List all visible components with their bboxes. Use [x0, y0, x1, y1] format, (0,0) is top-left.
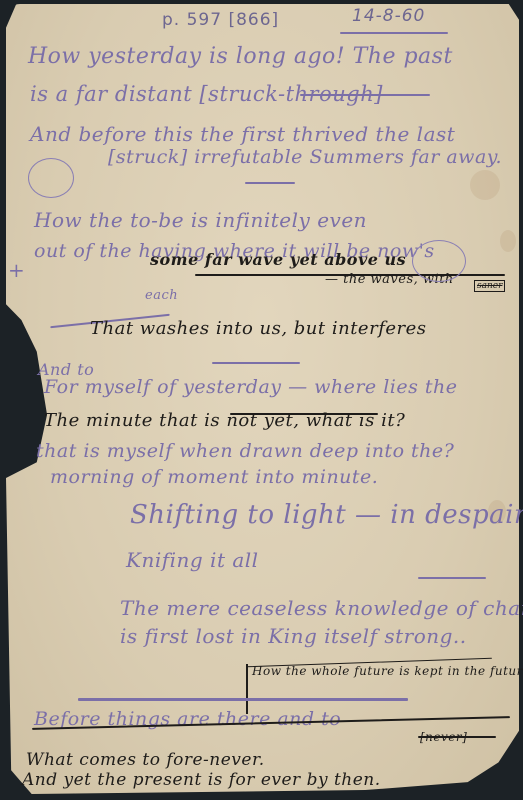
text-line: And yet the present is for ever by then.: [22, 770, 381, 790]
strike-line: [230, 413, 378, 415]
text-line: morning of moment into minute.: [50, 466, 378, 488]
date-underline: [340, 32, 448, 34]
text-line: Knifing it all: [126, 548, 259, 572]
divider-stroke: [78, 698, 408, 701]
text-line: The mere ceaseless knowledge of change: [120, 596, 523, 620]
stain: [470, 170, 500, 200]
text-line-insertion: How the whole future is kept in the futu…: [252, 664, 523, 678]
underline: [418, 577, 486, 579]
text-line: is first lost in King itself strong..: [120, 624, 467, 648]
text-line: [struck] irrefutable Summers far away.: [108, 146, 502, 168]
text-line: What comes to fore-never.: [26, 750, 265, 770]
margin-mark: +: [8, 258, 25, 282]
page-reference: p. 597 [866]: [162, 10, 279, 30]
text-line: How yesterday is long ago! The past: [28, 44, 453, 69]
torn-edge: [0, 320, 16, 470]
text-line: That washes into us, but interferes: [90, 318, 427, 339]
strike-line: [300, 94, 430, 96]
text-line-insertion: some far wave yet above us: [150, 250, 406, 269]
text-line: each: [145, 288, 178, 303]
text-line: For myself of yesterday — where lies the: [44, 376, 458, 398]
manuscript-page: p. 597 [866] 14-8-60 How yesterday is lo…: [0, 0, 523, 800]
text-line: Shifting to light — in despair: [130, 500, 523, 530]
boxed-note: saner: [474, 280, 505, 292]
stain: [500, 230, 516, 252]
strike-line: [418, 736, 496, 738]
text-line: And before this the first thrived the la…: [30, 122, 455, 146]
insertion-bracket: [246, 664, 248, 714]
overline: [212, 362, 300, 364]
overline: [245, 182, 295, 184]
circled-mark: [28, 158, 74, 198]
date: 14-8-60: [352, 6, 425, 26]
text-line: that is myself when drawn deep into the?: [36, 440, 454, 462]
text-line: How the to-be is infinitely even: [34, 208, 367, 232]
circled-word: [412, 240, 466, 282]
